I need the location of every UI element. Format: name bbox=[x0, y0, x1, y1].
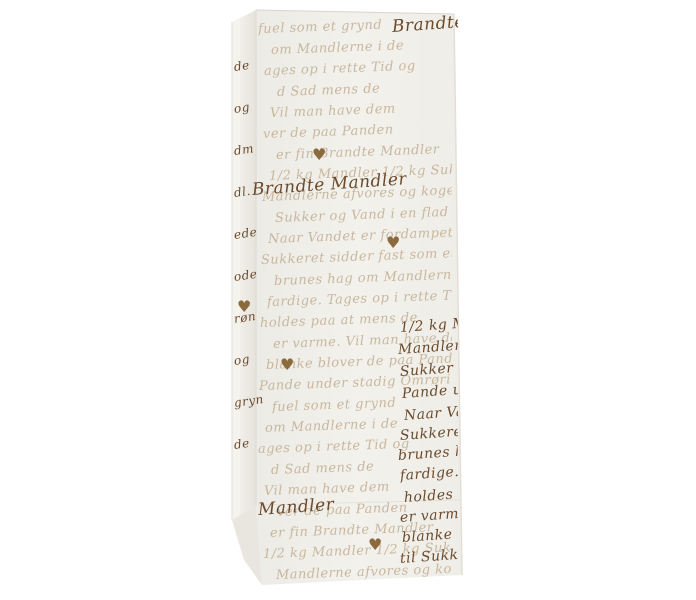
bag-front-panel bbox=[256, 10, 462, 585]
paper-bag bbox=[0, 0, 696, 600]
product-photo: fuel som et gryndom Mandlerne i deages o… bbox=[0, 0, 696, 600]
